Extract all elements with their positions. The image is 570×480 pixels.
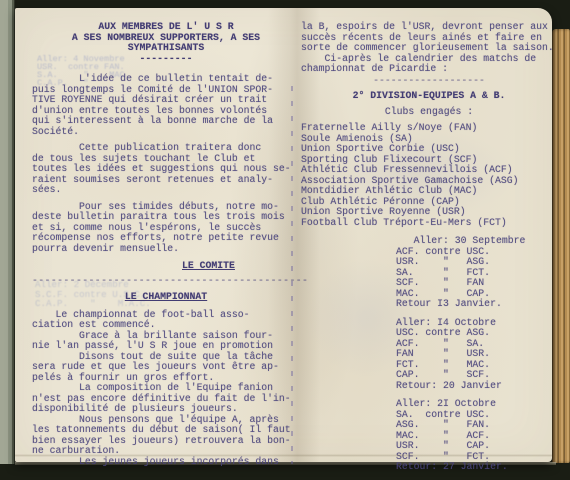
- dashed-separator: -------------------: [301, 76, 557, 87]
- championship-paragraphs: Le championnat de foot-ball asso- ciatio…: [32, 310, 300, 468]
- continuation-paragraph: la B, espoirs de l'USR, devront penser a…: [301, 22, 557, 75]
- committee-signature: LE COMITE: [32, 261, 300, 272]
- scanner-bed-strip: [0, 0, 15, 464]
- schedule-block-september: Aller: 30 Septembre ACF. contre USC. USR…: [396, 236, 557, 310]
- scanned-bulletin: Aller: 4 Novembre USR. contre FAN. S.A. …: [0, 0, 570, 480]
- schedule-block-october-21: Aller: 2I Octobre SA. contre USC. ASG. "…: [396, 399, 557, 473]
- scanned-page: Aller: 4 Novembre USR. contre FAN. S.A. …: [15, 8, 552, 462]
- dashed-separator: ----------------------------------------…: [32, 276, 300, 287]
- bulletin-heading: AUX MEMBRES DE L' U S R A SES NOMBREUX S…: [32, 22, 300, 64]
- championship-title: LE CHAMPIONNAT: [32, 292, 300, 303]
- debuts-paragraph: Pour ses timides débuts, notre mo- deste…: [32, 202, 300, 255]
- clubs-list: Fraternelle Ailly s/Noye (FAN) Soule Ami…: [301, 123, 557, 228]
- left-page-column: AUX MEMBRES DE L' U S R A SES NOMBREUX S…: [32, 20, 300, 467]
- division-title: 2° DIVISION-EQUIPES A & B.: [301, 91, 557, 102]
- clubs-label: Clubs engagés :: [301, 107, 557, 118]
- right-page-column: la B, espoirs de l'USR, devront penser a…: [301, 18, 557, 473]
- schedule-block-october-14: Aller: I4 Octobre USC. contre ASG. ACF. …: [396, 318, 557, 392]
- publication-paragraph: Cette publication traitera donc de tous …: [32, 143, 300, 196]
- intro-paragraph: L'idée de ce bulletin tentait de- puis l…: [32, 74, 300, 137]
